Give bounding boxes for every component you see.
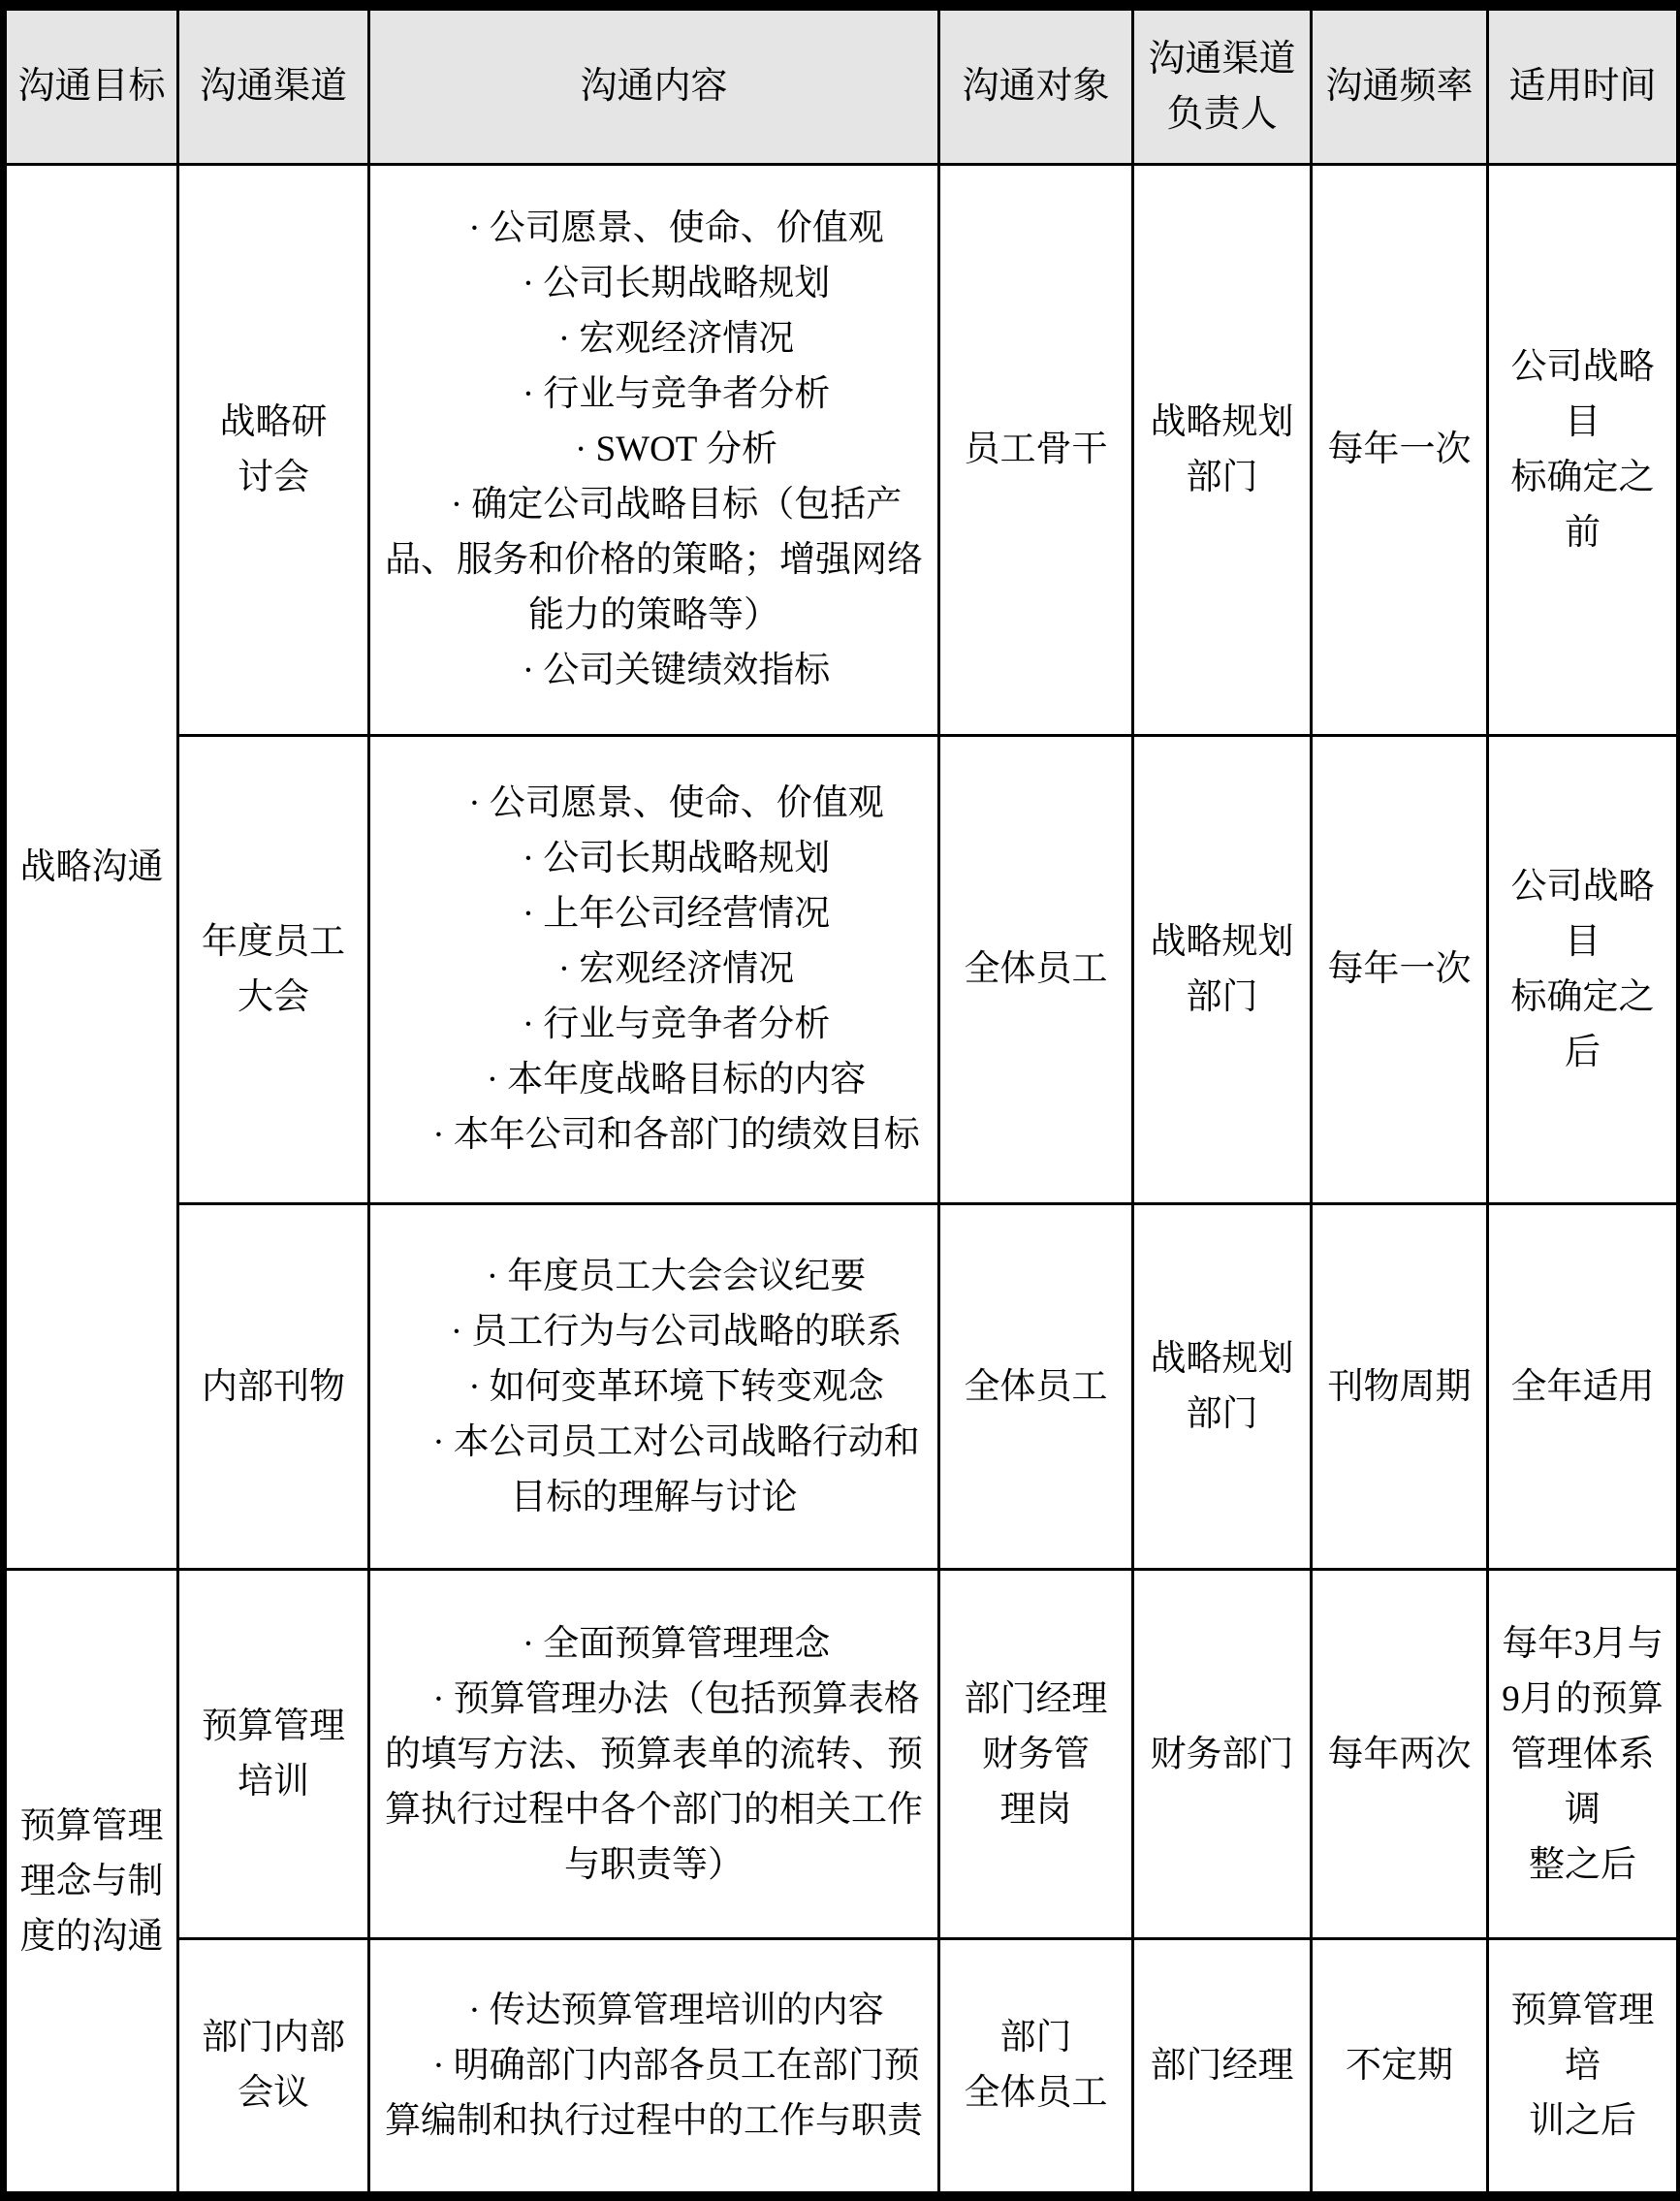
document-page: 沟通目标 沟通渠道 沟通内容 沟通对象 沟通渠道 负责人 沟通频率 适用时间 战… xyxy=(0,0,1680,2201)
content-item: · 宏观经济情况 xyxy=(378,941,930,997)
content-cell: · 公司愿景、使命、价值观· 公司长期战略规划· 上年公司经营情况· 宏观经济情… xyxy=(369,735,939,1203)
content-item: · 本年公司和各部门的绩效目标 xyxy=(378,1107,930,1163)
content-item: · 公司愿景、使命、价值观 xyxy=(378,201,930,256)
frequency-cell: 不定期 xyxy=(1312,1938,1488,2192)
content-item: · 预算管理办法（包括预算表格 的填写方法、预算表单的流转、预 算执行过程中各个… xyxy=(378,1672,930,1893)
table-row: 内部刊物 · 年度员工大会会议纪要· 员工行为与公司战略的联系· 如何变革环境下… xyxy=(6,1204,1678,1570)
header-time: 适用时间 xyxy=(1488,10,1678,165)
goal-cell-strategy: 战略沟通 xyxy=(6,165,178,1570)
header-content: 沟通内容 xyxy=(369,10,939,165)
header-owner: 沟通渠道 负责人 xyxy=(1133,10,1312,165)
owner-cell: 战略规划 部门 xyxy=(1133,165,1312,736)
content-item: · 本公司员工对公司战略行动和 目标的理解与讨论 xyxy=(378,1415,930,1525)
content-item: · 公司愿景、使命、价值观 xyxy=(378,776,930,831)
content-item: · 上年公司经营情况 xyxy=(378,886,930,941)
audience-cell: 员工骨干 xyxy=(939,165,1133,736)
audience-cell: 全体员工 xyxy=(939,735,1133,1203)
header-audience: 沟通对象 xyxy=(939,10,1133,165)
content-item: · 公司关键绩效指标 xyxy=(378,643,930,698)
content-item: · 年度员工大会会议纪要 xyxy=(378,1249,930,1304)
content-item: · 公司长期战略规划 xyxy=(378,831,930,886)
time-cell: 全年适用 xyxy=(1488,1204,1678,1570)
content-item: · 确定公司战略目标（包括产 品、服务和价格的策略；增强网络 能力的策略等） xyxy=(378,477,930,643)
time-cell: 预算管理培 训之后 xyxy=(1488,1938,1678,2192)
table-row: 预算管理 理念与制 度的沟通 预算管理 培训 · 全面预算管理理念· 预算管理办… xyxy=(6,1570,1678,1938)
time-cell: 每年3月与 9月的预算 管理体系调 整之后 xyxy=(1488,1570,1678,1938)
audience-cell: 部门 全体员工 xyxy=(939,1938,1133,2192)
content-item: · 传达预算管理培训的内容 xyxy=(378,1983,930,2038)
table-row: 年度员工 大会 · 公司愿景、使命、价值观· 公司长期战略规划· 上年公司经营情… xyxy=(6,735,1678,1203)
channel-cell: 年度员工 大会 xyxy=(178,735,369,1203)
content-item: · 行业与竞争者分析 xyxy=(378,997,930,1052)
content-cell: · 年度员工大会会议纪要· 员工行为与公司战略的联系· 如何变革环境下转变观念·… xyxy=(369,1204,939,1570)
channel-cell: 内部刊物 xyxy=(178,1204,369,1570)
content-item: · SWOT 分析 xyxy=(378,422,930,477)
frequency-cell: 每年一次 xyxy=(1312,165,1488,736)
header-goal: 沟通目标 xyxy=(6,10,178,165)
header-row: 沟通目标 沟通渠道 沟通内容 沟通对象 沟通渠道 负责人 沟通频率 适用时间 xyxy=(6,10,1678,165)
owner-cell: 战略规划 部门 xyxy=(1133,1204,1312,1570)
goal-cell-budget: 预算管理 理念与制 度的沟通 xyxy=(6,1570,178,2193)
communication-plan-table: 沟通目标 沟通渠道 沟通内容 沟通对象 沟通渠道 负责人 沟通频率 适用时间 战… xyxy=(4,8,1679,2194)
content-item: · 公司长期战略规划 xyxy=(378,256,930,311)
content-item: · 本年度战略目标的内容 xyxy=(378,1052,930,1107)
frequency-cell: 每年一次 xyxy=(1312,735,1488,1203)
frequency-cell: 刊物周期 xyxy=(1312,1204,1488,1570)
audience-cell: 全体员工 xyxy=(939,1204,1133,1570)
table-row: 部门内部 会议 · 传达预算管理培训的内容· 明确部门内部各员工在部门预 算编制… xyxy=(6,1938,1678,2192)
time-cell: 公司战略目 标确定之后 xyxy=(1488,735,1678,1203)
channel-cell: 部门内部 会议 xyxy=(178,1938,369,2192)
header-frequency: 沟通频率 xyxy=(1312,10,1488,165)
time-cell: 公司战略目 标确定之前 xyxy=(1488,165,1678,736)
channel-cell: 预算管理 培训 xyxy=(178,1570,369,1938)
frequency-cell: 每年两次 xyxy=(1312,1570,1488,1938)
content-cell: · 公司愿景、使命、价值观· 公司长期战略规划· 宏观经济情况· 行业与竞争者分… xyxy=(369,165,939,736)
content-item: · 员工行为与公司战略的联系 xyxy=(378,1304,930,1359)
content-item: · 明确部门内部各员工在部门预 算编制和执行过程中的工作与职责 xyxy=(378,2038,930,2149)
header-channel: 沟通渠道 xyxy=(178,10,369,165)
content-cell: · 传达预算管理培训的内容· 明确部门内部各员工在部门预 算编制和执行过程中的工… xyxy=(369,1938,939,2192)
owner-cell: 部门经理 xyxy=(1133,1938,1312,2192)
content-item: · 全面预算管理理念 xyxy=(378,1616,930,1672)
owner-cell: 战略规划 部门 xyxy=(1133,735,1312,1203)
communication-plan-table-frame: 沟通目标 沟通渠道 沟通内容 沟通对象 沟通渠道 负责人 沟通频率 适用时间 战… xyxy=(0,0,1680,2201)
channel-cell: 战略研 讨会 xyxy=(178,165,369,736)
content-item: · 如何变革环境下转变观念 xyxy=(378,1359,930,1415)
table-row: 战略沟通 战略研 讨会 · 公司愿景、使命、价值观· 公司长期战略规划· 宏观经… xyxy=(6,165,1678,736)
content-item: · 行业与竞争者分析 xyxy=(378,367,930,422)
content-item: · 宏观经济情况 xyxy=(378,311,930,367)
audience-cell: 部门经理 财务管 理岗 xyxy=(939,1570,1133,1938)
owner-cell: 财务部门 xyxy=(1133,1570,1312,1938)
content-cell: · 全面预算管理理念· 预算管理办法（包括预算表格 的填写方法、预算表单的流转、… xyxy=(369,1570,939,1938)
